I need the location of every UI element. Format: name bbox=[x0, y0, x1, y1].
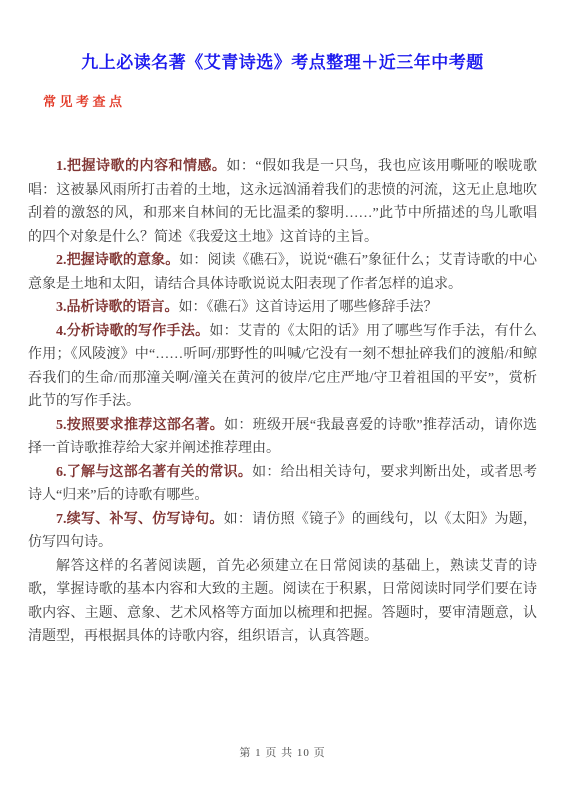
exam-point-1: 1.把握诗歌的内容和情感。如：“假如我是一只鸟，我也应该用嘶哑的喉咙歌唱：这被暴… bbox=[28, 155, 537, 249]
document-page: 九上必读名著《艾青诗选》考点整理＋近三年中考题 常见考查点 1.把握诗歌的内容和… bbox=[0, 0, 565, 800]
exam-point-3: 3.品析诗歌的语言。如：《礁石》这首诗运用了哪些修辞手法？ bbox=[28, 296, 537, 320]
exam-point-6-lead: 6.了解与这部名著有关的常识。 bbox=[56, 465, 252, 480]
exam-point-7-lead: 7.续写、补写、仿写诗句。 bbox=[56, 512, 224, 527]
exam-point-5: 5.按照要求推荐这部名著。如：班级开展“我最喜爱的诗歌”推荐活动，请你选择一首诗… bbox=[28, 414, 537, 461]
document-title: 九上必读名著《艾青诗选》考点整理＋近三年中考题 bbox=[0, 48, 565, 73]
exam-point-5-lead: 5.按照要求推荐这部名著。 bbox=[56, 418, 224, 433]
exam-point-3-lead: 3.品析诗歌的语言。 bbox=[56, 300, 179, 315]
page-number: 第 1 页 共 10 页 bbox=[0, 744, 565, 760]
exam-point-3-text: 如：《礁石》这首诗运用了哪些修辞手法？ bbox=[179, 300, 438, 315]
exam-point-2: 2.把握诗歌的意象。如：阅读《礁石》，说说“礁石”象征什么；艾青诗歌的中心意象是… bbox=[28, 249, 537, 296]
exam-point-7: 7.续写、补写、仿写诗句。如：请仿照《镜子》的画线句，以《太阳》为题，仿写四句诗… bbox=[28, 508, 537, 555]
closing-paragraph: 解答这样的名著阅读题，首先必须建立在日常阅读的基础上，熟读艾青的诗歌，掌握诗歌的… bbox=[28, 555, 537, 649]
exam-point-1-lead: 1.把握诗歌的内容和情感。 bbox=[56, 159, 226, 174]
exam-point-4: 4.分析诗歌的写作手法。如：艾青的《太阳的话》用了哪些写作手法，有什么作用；《风… bbox=[28, 320, 537, 414]
exam-point-2-lead: 2.把握诗歌的意象。 bbox=[56, 253, 179, 268]
document-body: 1.把握诗歌的内容和情感。如：“假如我是一只鸟，我也应该用嘶哑的喉咙歌唱：这被暴… bbox=[28, 155, 537, 649]
exam-point-6: 6.了解与这部名著有关的常识。如：给出相关诗句，要求判断出处，或者思考诗人“归来… bbox=[28, 461, 537, 508]
exam-point-4-lead: 4.分析诗歌的写作手法。 bbox=[56, 324, 209, 339]
section-heading: 常见考查点 bbox=[43, 91, 126, 110]
